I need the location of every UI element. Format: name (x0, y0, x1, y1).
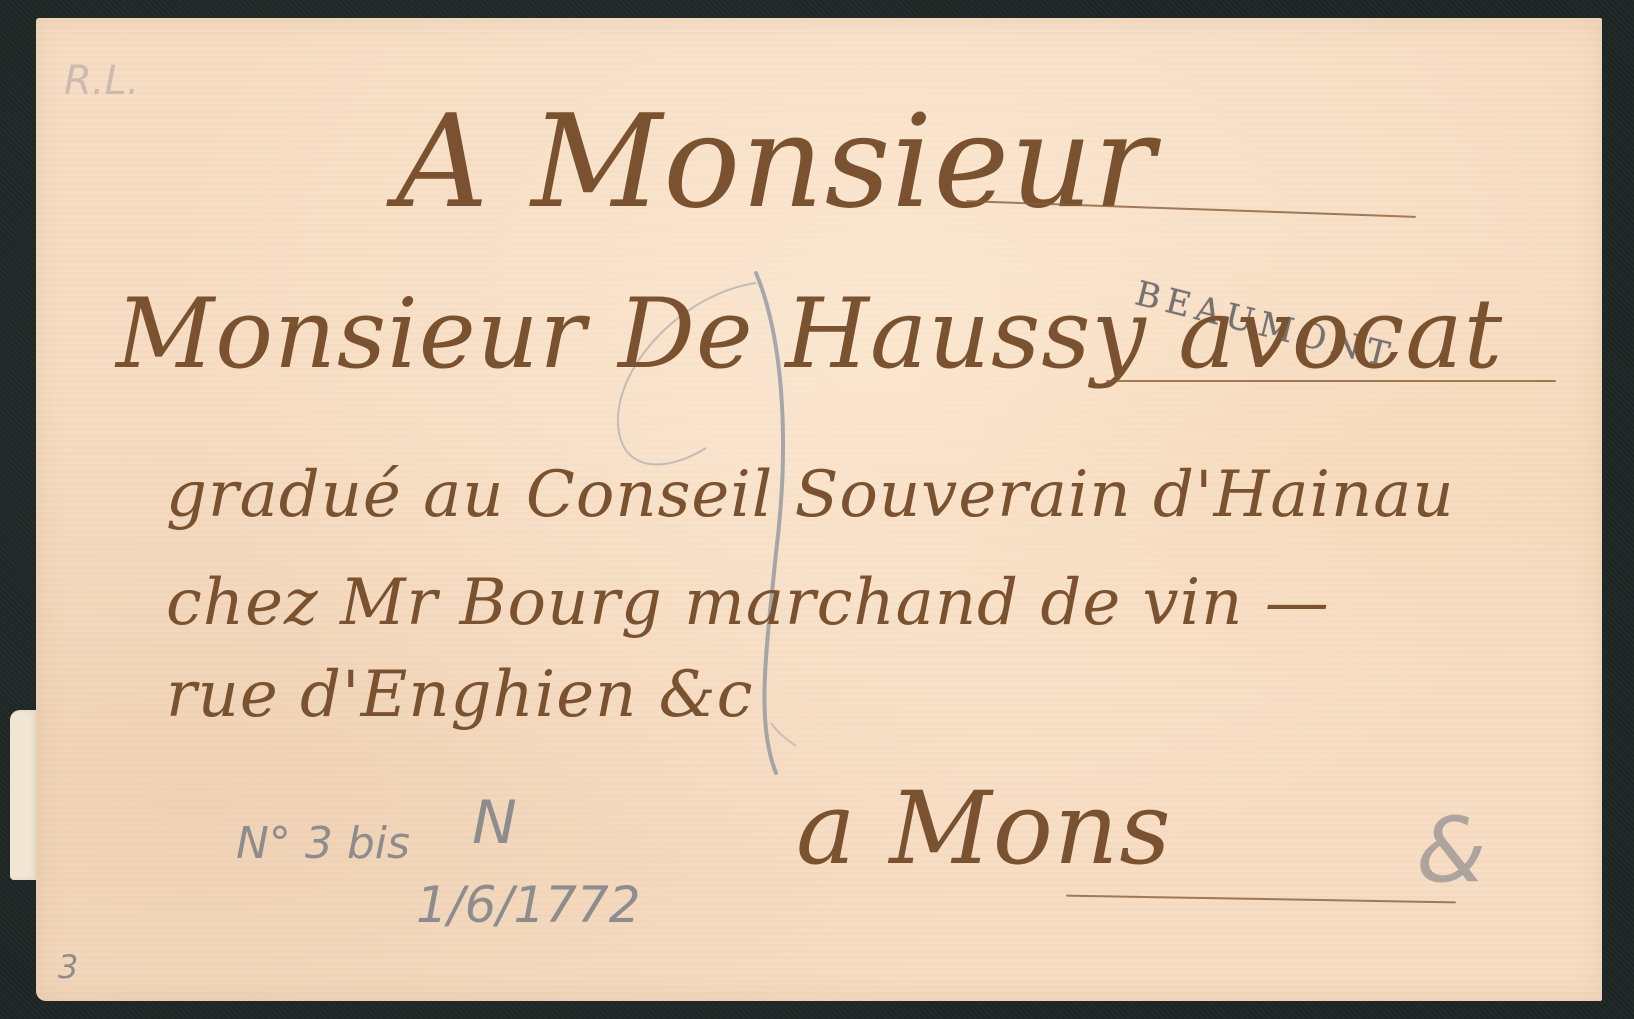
letter-sheet: BEAUMONT A Monsieur Monsieur De Haussy a… (36, 18, 1602, 1001)
address-line-1: A Monsieur (396, 88, 1156, 237)
folded-paper-edge (10, 710, 38, 880)
destination-a-mons: a Mons (796, 770, 1172, 887)
pencil-note-top-left: R.L. (64, 58, 140, 104)
pencil-note-date: 1/6/1772 (416, 876, 641, 934)
destination-underline (1066, 895, 1456, 904)
address-line-5: rue d'Enghien &c (166, 658, 753, 732)
address-line-3: gradué au Conseil Souverain d'Hainau (166, 458, 1455, 532)
pencil-note-letter: N (472, 788, 517, 858)
pencil-note-number: N° 3 bis (236, 818, 410, 869)
pencil-note-corner: 3 (58, 948, 78, 986)
address-line-2: Monsieur De Haussy avocat (116, 278, 1503, 390)
pencil-note-right-mark: & (1416, 798, 1486, 903)
address-line-4: chez Mr Bourg marchand de vin — (166, 566, 1330, 640)
flourish-rule (1106, 380, 1556, 382)
